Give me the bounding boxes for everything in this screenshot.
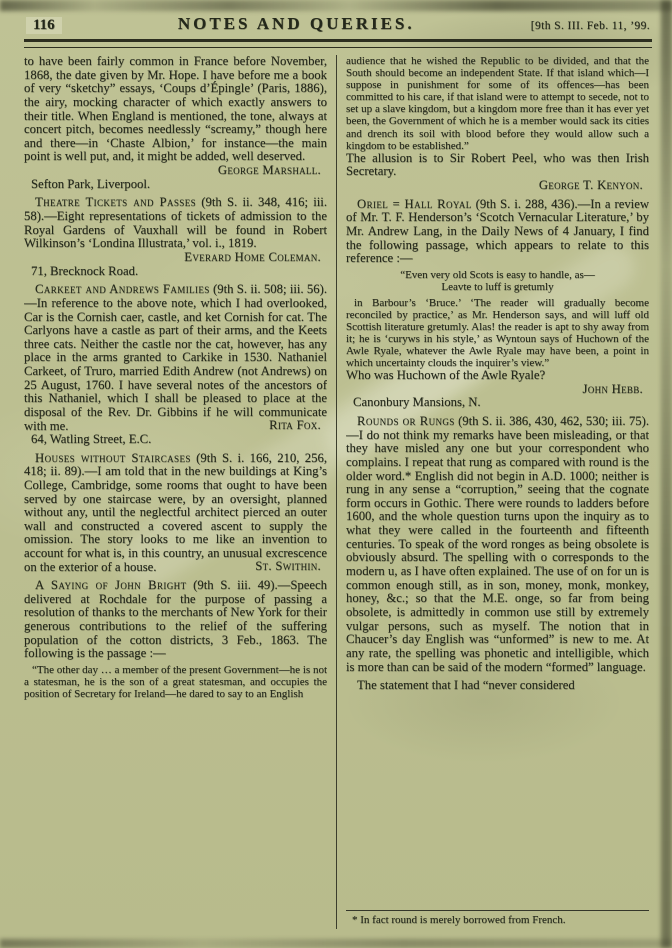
scanned-page: 116 NOTES AND QUERIES. [9th S. III. Feb.…: [0, 0, 672, 948]
article-paragraph: Who was Huchown of the Awle Ryale?: [346, 369, 649, 383]
page-header: 116 NOTES AND QUERIES. [9th S. III. Feb.…: [24, 12, 652, 39]
signature: John Hebb.: [346, 383, 649, 397]
address-line: 64, Watling Street, E.C.: [24, 433, 327, 447]
journal-title: NOTES AND QUERIES.: [178, 14, 415, 34]
verse-line: Leavte to luff is gretumly: [346, 281, 649, 293]
scan-edge-top: [0, 0, 672, 11]
article-title: A Saying of John Bright: [35, 578, 186, 592]
page-number: 116: [26, 17, 62, 34]
article-paragraph: Oriel = Hall Royal (9th S. i. 288, 436).…: [346, 198, 649, 266]
address-line: Canonbury Mansions, N.: [346, 396, 649, 410]
article-paragraph: The allusion is to Sir Robert Peel, who …: [346, 152, 649, 179]
article-text: (9th S. i. 166, 210, 256, 418; ii. 89).—…: [24, 451, 327, 574]
block-quote: “The other day … a member of the present…: [24, 664, 327, 700]
article-title: Carkeet and Andrews Families: [35, 282, 210, 296]
article-paragraph: Houses without Staircases (9th S. i. 166…: [24, 452, 327, 575]
signature: St. Swithin.: [24, 560, 327, 574]
article-paragraph: The statement that I had “never consider…: [346, 679, 649, 693]
block-quote: audience that he wished the Republic to …: [346, 55, 649, 152]
signature: George T. Kenyon.: [346, 179, 649, 193]
header-rule: [24, 39, 652, 48]
right-column: audience that he wished the Republic to …: [346, 55, 649, 929]
article-text: (9th S. ii. 386, 430, 462, 530; iii. 75)…: [346, 414, 649, 674]
signature: Rita Fox.: [24, 419, 327, 433]
left-column: to have been fairly common in France bef…: [24, 55, 327, 929]
block-quote: in Barbour’s ‘Bruce.’ ‘The reader will g…: [346, 297, 649, 370]
signature: Everard Home Coleman.: [24, 251, 327, 265]
scan-edge-right: [661, 0, 672, 948]
article-paragraph: Theatre Tickets and Passes (9th S. ii. 3…: [24, 196, 327, 251]
signature: George Marshall.: [24, 164, 327, 178]
column-divider: [336, 55, 337, 929]
article-paragraph: A Saying of John Bright (9th S. iii. 49)…: [24, 579, 327, 661]
text-columns: to have been fairly common in France bef…: [24, 55, 652, 929]
address-line: Sefton Park, Liverpool.: [24, 178, 327, 192]
article-paragraph: Carkeet and Andrews Families (9th S. ii.…: [24, 283, 327, 433]
address-line: 71, Brecknock Road.: [24, 265, 327, 279]
article-paragraph: Rounds or Rungs (9th S. ii. 386, 430, 46…: [346, 415, 649, 674]
verse-line: “Even very old Scots is easy to handle, …: [346, 269, 649, 281]
scan-edge-bottom: [0, 939, 672, 948]
issue-citation: [9th S. III. Feb. 11, ’99.: [531, 20, 650, 32]
page-content: 116 NOTES AND QUERIES. [9th S. III. Feb.…: [24, 12, 652, 938]
article-title: Rounds or Rungs: [357, 414, 455, 428]
article-paragraph: to have been fairly common in France bef…: [24, 55, 327, 164]
article-title: Theatre Tickets and Passes: [35, 195, 196, 209]
article-title: Oriel = Hall Royal: [357, 197, 472, 211]
article-title: Houses without Staircases: [35, 451, 191, 465]
article-text: (9th S. ii. 508; iii. 56).—In reference …: [24, 282, 327, 432]
footnote: * In fact round is merely borrowed from …: [346, 910, 649, 929]
